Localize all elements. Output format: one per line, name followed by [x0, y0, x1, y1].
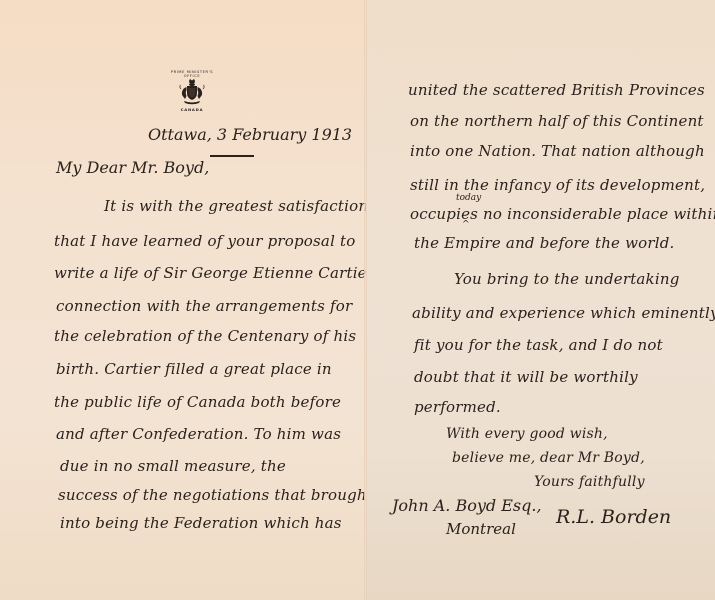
right-page: united the scattered British Provinces o…: [366, 0, 715, 600]
letter-line: It is with the greatest satisfaction: [104, 197, 368, 215]
letter-line: birth. Cartier filled a great place in: [56, 360, 332, 378]
addressee-city: Montreal: [446, 520, 516, 538]
letter-line: fit you for the task, and I do not: [414, 336, 663, 354]
closing-line: Yours faithfully: [534, 474, 645, 490]
letter-line: connection with the arrangements for: [56, 297, 352, 315]
letter-line: occupies no inconsiderable place within: [410, 205, 715, 223]
letter-line: performed.: [414, 398, 501, 416]
letter-line: doubt that it will be worthily: [414, 368, 638, 386]
dateline: Ottawa, 3 February 1913: [148, 125, 352, 144]
inserted-word: today: [456, 193, 481, 203]
letter-line: into one Nation. That nation although: [410, 142, 705, 160]
letter-line: on the northern half of this Continent: [410, 112, 704, 130]
signature: R.L. Borden: [556, 506, 671, 528]
letter-line: due in no small measure, the: [60, 457, 286, 475]
dateline-underline: [210, 155, 254, 157]
letter-spread: PRIME MINISTER'S OFFICE CANADA Otta: [0, 0, 715, 600]
letter-line: united the scattered British Provinces: [408, 81, 705, 99]
closing-line: believe me, dear Mr Boyd,: [452, 450, 645, 466]
salutation: My Dear Mr. Boyd,: [56, 158, 209, 177]
letter-line: You bring to the undertaking: [454, 270, 680, 288]
letter-line: that I have learned of your proposal to: [54, 232, 356, 250]
letter-line: and after Confederation. To him was: [56, 425, 341, 443]
letter-line: the public life of Canada both before: [54, 393, 341, 411]
letter-line: write a life of Sir George Etienne Carti…: [54, 264, 394, 282]
insertion-caret: ^: [462, 220, 470, 230]
coat-of-arms-icon: [177, 78, 207, 106]
letter-line: into being the Federation which has: [60, 514, 342, 532]
addressee-name: John A. Boyd Esq.,: [392, 496, 542, 515]
letter-line: the Empire and before the world.: [414, 234, 675, 252]
letterhead: PRIME MINISTER'S OFFICE CANADA: [163, 70, 221, 118]
letter-line: ability and experience which eminently: [412, 304, 715, 322]
letter-line: success of the negotiations that brought: [58, 486, 373, 504]
book-gutter: [364, 0, 367, 600]
letter-line: still in the infancy of its development,: [410, 176, 705, 194]
letter-line: the celebration of the Centenary of his: [54, 327, 356, 345]
left-page: PRIME MINISTER'S OFFICE CANADA Otta: [0, 0, 366, 600]
letterhead-country: CANADA: [163, 107, 221, 112]
closing-line: With every good wish,: [446, 426, 608, 442]
